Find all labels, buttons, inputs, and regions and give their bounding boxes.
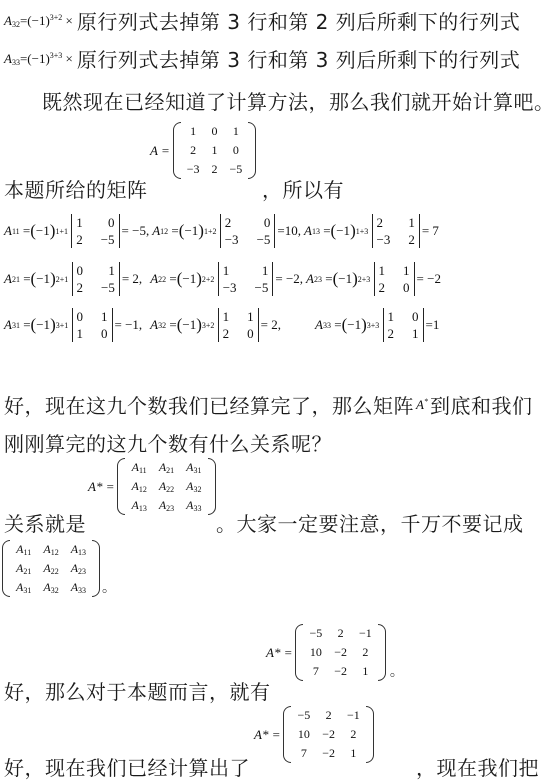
matrix-cell: −2 [328, 643, 353, 662]
matrix-cell: A31 [180, 458, 207, 477]
result-suffix: 。 [390, 661, 405, 681]
matrix-cell: −5 [224, 160, 249, 179]
wrong-form-equation: A11A12A13A21A22A23A31A32A33 。 [2, 540, 117, 597]
cofactor-value: = −5, [122, 223, 150, 239]
matrix-cell: A33 [65, 578, 92, 597]
matrix-cell: 2 [328, 624, 353, 643]
adjugate-general-matrix: A11A21A31A12A22A32A13A23A33 [117, 458, 215, 515]
matrix-cell: A22 [37, 559, 64, 578]
relation-suffix: 。大家一定要注意，千万不要记成 [216, 508, 524, 537]
minor-determinant: 1120 [374, 262, 415, 296]
relation-prefix: 关系就是 [4, 508, 86, 537]
final-suffix: ，现在我们把 [416, 752, 539, 781]
matrix-cell: A11 [125, 458, 152, 477]
matrix-cell: 1 [353, 662, 378, 681]
matrix-cell: −5 [291, 706, 316, 725]
cofactor-row-3: A31 =(−1)3+1 0110= −1,A32 =(−1)3+2 1120=… [4, 308, 439, 342]
matrix-cell: 10 [291, 725, 316, 744]
cofactor-a13: A13 =(−1)1+3 21−32= 7 [304, 214, 439, 248]
minor-determinant: 0110 [72, 308, 113, 342]
question-line-1: 好，现在这九个数我们已经算完了，那么矩阵 A* 到底和我们 [4, 390, 532, 419]
minor-determinant: 21−32 [372, 214, 420, 248]
matrix-cell: A13 [125, 496, 152, 515]
matrix-cell: 1 [181, 122, 206, 141]
minor-determinant: 11−3−5 [218, 262, 274, 296]
cofactor-a22: A22 =(−1)2+2 11−3−5= −2, [150, 262, 303, 296]
a33-formula: A33=(−1)3+3 × [4, 51, 73, 67]
cofactor-a32: A32 =(−1)3+2 1120= 2, [150, 308, 281, 342]
matrix-cell: −1 [353, 624, 378, 643]
matrix-cell: A31 [10, 578, 37, 597]
adjugate-symbol: A* [416, 397, 428, 413]
final-prefix: 好，现在我们已经计算出了 [4, 752, 250, 781]
adjugate-result-label: A* = [266, 645, 292, 661]
minor-determinant: 1120 [218, 308, 259, 342]
cofactor-a31: A31 =(−1)3+1 0110= −1, [4, 308, 142, 342]
matrix-cell: 2 [181, 141, 206, 160]
cofactor-value: = −2 [417, 271, 441, 287]
matrix-cell: A33 [180, 496, 207, 515]
a32-definition-line: A32=(−1)3+2 × 原行列式去掉第 3 行和第 2 列后所剩下的行列式 [4, 6, 520, 35]
matrix-cell: 1 [341, 744, 366, 763]
cofactor-value: = 7 [422, 223, 439, 239]
minor-determinant: 102−5 [71, 214, 119, 248]
matrix-cell: −1 [341, 706, 366, 725]
minor-determinant: 1021 [383, 308, 424, 342]
cofactor-value: = 2, [122, 271, 142, 287]
matrix-cell: A23 [153, 496, 180, 515]
matrix-cell: −3 [181, 160, 206, 179]
adjugate-final-matrix: −52−110−227−21 [283, 706, 373, 763]
intro-paragraph: 既然现在已经知道了计算方法，那么我们就开始计算吧。 [42, 86, 552, 115]
cofactor-value: = −1, [115, 317, 143, 333]
matrix-cell: A12 [125, 477, 152, 496]
result-prefix: 好，那么对于本题而言，就有 [4, 676, 271, 705]
matrix-cell: 1 [224, 122, 249, 141]
a32-text: 原行列式去掉第 3 行和第 2 列后所剩下的行列式 [77, 6, 520, 35]
adjugate-general-label: A* = [88, 479, 114, 495]
cofactor-row-1: A11 =(−1)1+1 102−5= −5,A12 =(−1)1+2 20−3… [4, 214, 439, 248]
a33-definition-line: A33=(−1)3+3 × 原行列式去掉第 3 行和第 3 列后所剩下的行列式 [4, 44, 520, 73]
matrix-cell: A11 [10, 540, 37, 559]
matrix-cell: −2 [316, 744, 341, 763]
matrix-cell: 2 [353, 643, 378, 662]
adjugate-final-label: A* = [254, 727, 280, 743]
matrix-cell: 10 [303, 643, 328, 662]
cofactor-a12: A12 =(−1)1+2 20−3−5=10, [152, 214, 301, 248]
matrix-cell: −5 [303, 624, 328, 643]
cofactor-a23: A23 =(−1)2+3 1120= −2 [306, 262, 441, 296]
question-line-2: 刚刚算完的这九个数有什么关系呢？ [4, 428, 332, 457]
matrix-cell: A22 [153, 477, 180, 496]
minor-determinant: 20−3−5 [220, 214, 276, 248]
minor-determinant: 012−5 [72, 262, 120, 296]
matrix-cell: −2 [328, 662, 353, 681]
cofactor-a11: A11 =(−1)1+1 102−5= −5, [4, 214, 149, 248]
matrix-cell: 7 [303, 662, 328, 681]
question-text-1: 好，现在这九个数我们已经算完了，那么矩阵 [4, 390, 414, 419]
matrix-cell: 1 [206, 141, 224, 160]
matrix-cell: 7 [291, 744, 316, 763]
matrix-cell: A32 [37, 578, 64, 597]
cofactor-value: =10, [277, 223, 301, 239]
adjugate-result-equation: A* = −52−110−227−21 。 [266, 624, 404, 681]
matrix-cell: A13 [65, 540, 92, 559]
cofactor-value: = 2, [261, 317, 281, 333]
cofactor-a33: A33 =(−1)3+3 1021=1 [315, 308, 439, 342]
adjugate-final-equation: A* = −52−110−227−21 [254, 706, 374, 763]
matrix-cell: A21 [10, 559, 37, 578]
matrix-cell: 0 [206, 122, 224, 141]
adjugate-general-equation: A* = A11A21A31A12A22A32A13A23A33 [88, 458, 216, 515]
given-matrix-suffix: ，所以有 [262, 174, 344, 203]
matrix-a: 101210−32−5 [173, 122, 257, 179]
given-matrix-prefix: 本题所给的矩阵 [4, 174, 148, 203]
matrix-cell: A23 [65, 559, 92, 578]
cofactor-a21: A21 =(−1)2+1 012−5= 2, [4, 262, 142, 296]
wrong-form-matrix: A11A12A13A21A22A23A31A32A33 [2, 540, 100, 597]
matrix-cell: 2 [316, 706, 341, 725]
matrix-a-equation: A = 101210−32−5 [150, 122, 256, 179]
matrix-cell: A32 [180, 477, 207, 496]
matrix-cell: 2 [341, 725, 366, 744]
cofactor-value: =1 [426, 317, 440, 333]
matrix-cell: 2 [206, 160, 224, 179]
question-text-1-tail: 到底和我们 [430, 390, 533, 419]
matrix-cell: −2 [316, 725, 341, 744]
wrong-form-suffix: 。 [102, 577, 117, 597]
cofactor-row-2: A21 =(−1)2+1 012−5= 2,A22 =(−1)2+2 11−3−… [4, 262, 441, 296]
a32-formula: A32=(−1)3+2 × [4, 13, 73, 29]
matrix-a-label: A = [150, 143, 170, 159]
cofactor-value: = −2, [275, 271, 303, 287]
adjugate-result-matrix: −52−110−227−21 [295, 624, 385, 681]
matrix-cell: A21 [153, 458, 180, 477]
matrix-cell: A12 [37, 540, 64, 559]
matrix-cell: 0 [224, 141, 249, 160]
a33-text: 原行列式去掉第 3 行和第 3 列后所剩下的行列式 [77, 44, 520, 73]
